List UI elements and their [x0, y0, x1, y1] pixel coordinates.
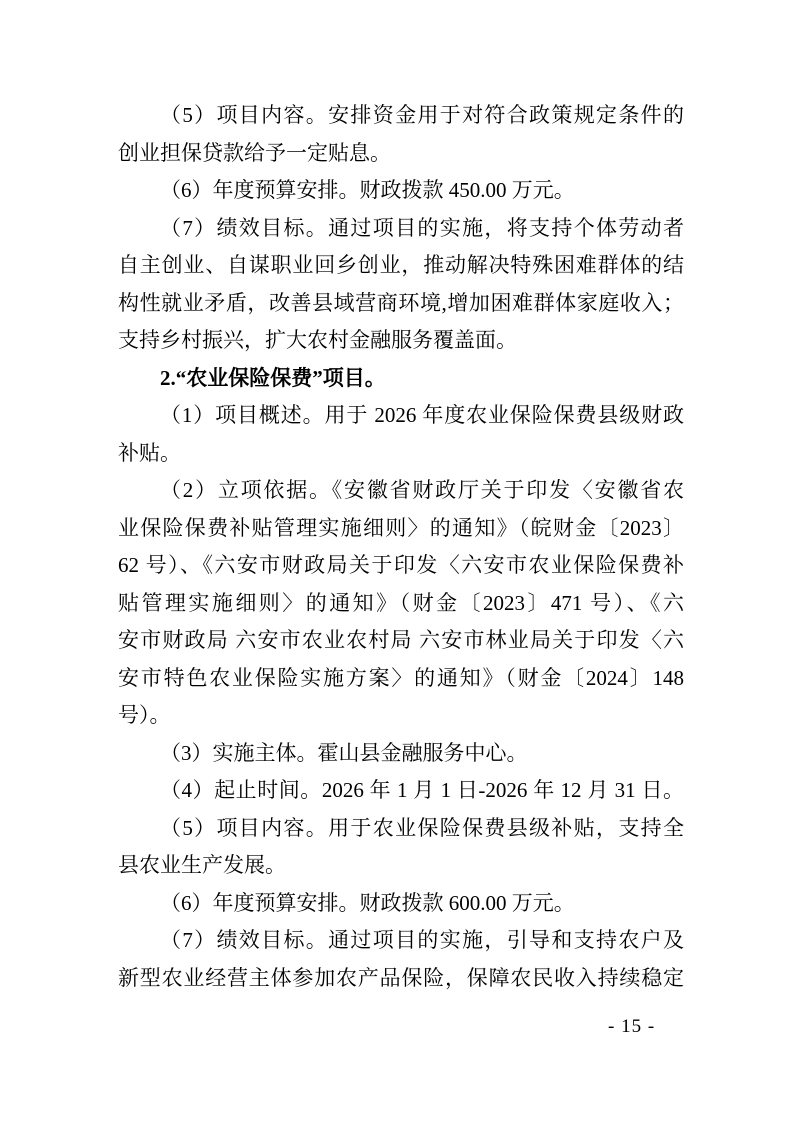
paragraph-line: 新型农业经营主体参加农产品保险，保障农民收入持续稳定	[118, 960, 684, 998]
paragraph-line: 补贴。	[118, 435, 684, 473]
paragraph-line: （1）项目概述。用于 2026 年度农业保险保费县级财政	[118, 397, 684, 435]
paragraph-line: （7）绩效目标。通过项目的实施，将支持个体劳动者	[118, 210, 684, 248]
paragraph-line: （3）实施主体。霍山县金融服务中心。	[118, 735, 684, 773]
paragraph-line: （7）绩效目标。通过项目的实施，引导和支持农户及	[118, 922, 684, 960]
paragraph-line: （5）项目内容。安排资金用于对符合政策规定条件的	[118, 97, 684, 135]
paragraph-line: 创业担保贷款给予一定贴息。	[118, 135, 684, 173]
paragraph-line: 62 号）、《六安市财政局关于印发〈六安市农业保险保费补	[118, 547, 684, 585]
paragraph-line: （6）年度预算安排。财政拨款 600.00 万元。	[118, 885, 684, 923]
document-body: （5）项目内容。安排资金用于对符合政策规定条件的创业担保贷款给予一定贴息。（6）…	[118, 97, 684, 997]
paragraph-line: 自主创业、自谋职业回乡创业，推动解决特殊困难群体的结	[118, 247, 684, 285]
section-heading: 2.“农业保险保费”项目。	[118, 360, 684, 398]
paragraph-line: （6）年度预算安排。财政拨款 450.00 万元。	[118, 172, 684, 210]
paragraph-line: （4）起止时间。2026 年 1 月 1 日-2026 年 12 月 31 日。	[118, 772, 684, 810]
paragraph-line: 安市特色农业保险实施方案〉的通知》（财金〔2024〕148	[118, 660, 684, 698]
paragraph-line: 构性就业矛盾，改善县域营商环境,增加困难群体家庭收入；	[118, 285, 684, 323]
paragraph-line: 贴管理实施细则〉的通知》（财金〔2023〕471 号）、《六	[118, 585, 684, 623]
paragraph-line: （5）项目内容。用于农业保险保费县级补贴，支持全	[118, 810, 684, 848]
paragraph-line: 县农业生产发展。	[118, 847, 684, 885]
paragraph-line: （2）立项依据。《安徽省财政厅关于印发〈安徽省农	[118, 472, 684, 510]
paragraph-line: 支持乡村振兴，扩大农村金融服务覆盖面。	[118, 322, 684, 360]
paragraph-line: 业保险保费补贴管理实施细则〉的通知》（皖财金〔2023〕	[118, 510, 684, 548]
paragraph-line: 号）。	[118, 697, 684, 735]
paragraph-line: 安市财政局 六安市农业农村局 六安市林业局关于印发〈六	[118, 622, 684, 660]
page-number: - 15 -	[608, 1016, 655, 1038]
document-page: （5）项目内容。安排资金用于对符合政策规定条件的创业担保贷款给予一定贴息。（6）…	[0, 0, 793, 1122]
